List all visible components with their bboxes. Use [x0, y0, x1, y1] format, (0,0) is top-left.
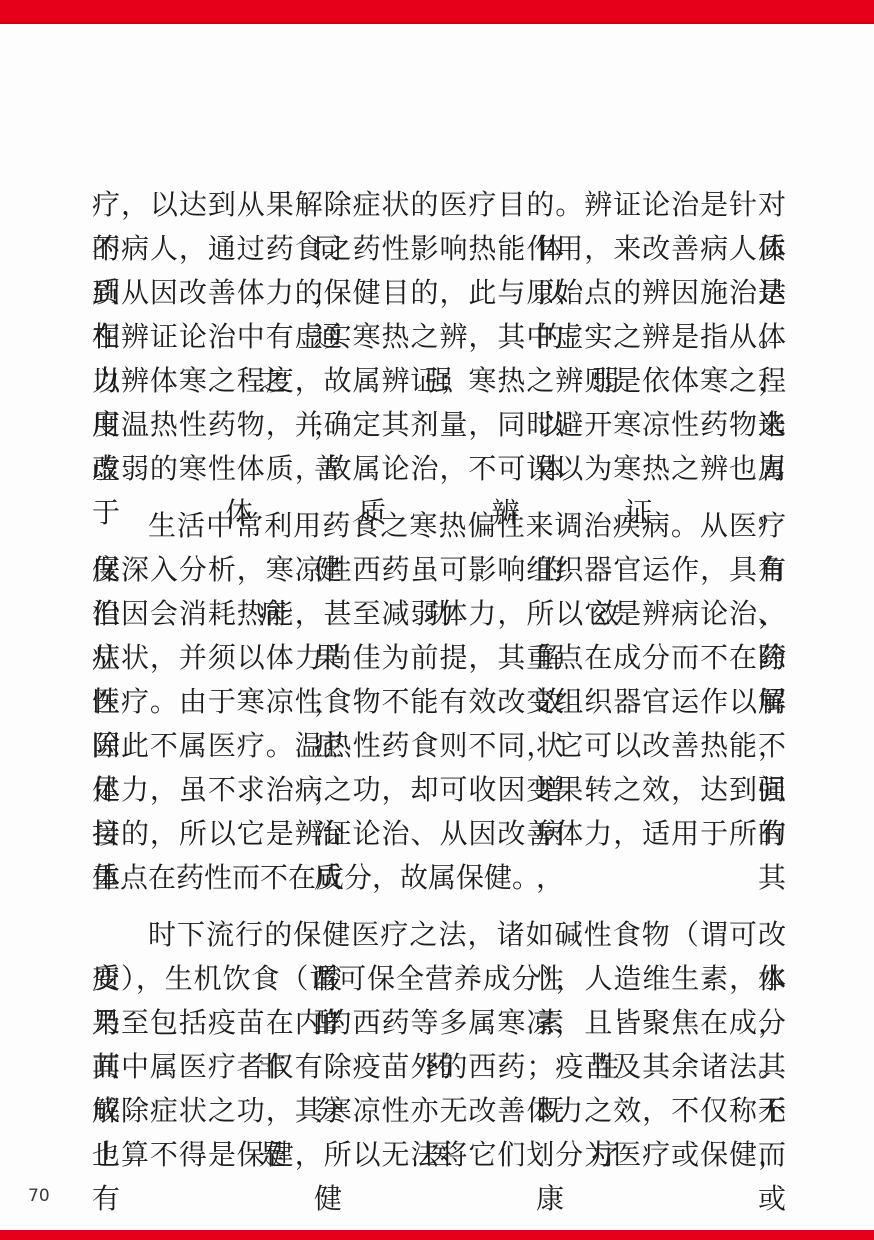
text-line: 症状，并须以体力尚佳为前提，其重点在成分而不在药性，故属	[92, 636, 786, 680]
text-line: 也算不得是保健，所以无法将它们划分为医疗或保健而有健康或	[92, 1133, 786, 1177]
page-body-text: 疗，以达到从果解除症状的医疗目的。辨证论治是针对不同体质的病人，通过药食之药性影…	[92, 183, 786, 1190]
text-line: 度深入分析，寒凉性西药虽可影响组织器官运作，具有治病功效，	[92, 548, 786, 592]
text-line: 疗，以达到从果解除症状的医疗目的。辨证论治是针对不同体质	[92, 183, 786, 227]
page-number: 70	[28, 1186, 50, 1206]
text-line: 医疗。由于寒凉性食物不能有效改变组织器官运作以解除症状，	[92, 680, 786, 724]
text-line: 体力，虽不求治病之功，却可收因变果转之效，达到间接治病的	[92, 768, 786, 812]
bottom-red-bar	[0, 1230, 874, 1240]
text-line: 以辨体寒之程度，故属辨证；寒热之辨则是依体寒之程度，以选	[92, 359, 786, 403]
text-line: 因此不属医疗。温热性药食则不同，它可以改善热能不足，增强	[92, 724, 786, 768]
text-line: 质），生机饮食（谓可保全营养成分），人造维生素，水果酵素，	[92, 957, 786, 1001]
text-line: 的病人，通过药食之药性影响热能作用，来改善病人体质，以达	[92, 227, 786, 271]
text-line: 在辨证论治中有虚实寒热之辨，其中虚实之辨是指从体力之强弱，	[92, 315, 786, 359]
top-red-bar	[0, 0, 874, 24]
text-line: 目的，所以它是辨证论治、从因改善体力，适用于所有体质，其	[92, 812, 786, 856]
text-line: 时下流行的保健医疗之法，诸如碱性食物（谓可改变酸性体	[92, 913, 786, 957]
text-line: 其中属医疗者仅有除疫苗外的西药；疫苗及其余诸法其成分既无	[92, 1045, 786, 1089]
text-line: 乃至包括疫苗在内的西药等多属寒凉，且皆聚焦在成分而非药性。	[92, 1001, 786, 1045]
text-line: 但因会消耗热能，甚至减弱体力，所以它是辨病论治、从果解除	[92, 592, 786, 636]
paragraph: 生活中常利用药食之寒热偏性来调治疾病。从医疗保健的角度深入分析，寒凉性西药虽可影…	[92, 504, 786, 900]
text-line: 到从因改善体力的保健目的，此与原始点的辨因施治是相通的。	[92, 271, 786, 315]
text-line: 虚弱的寒性体质，故属论治，不可误以为寒热之辨也属于体质辨证。	[92, 447, 786, 491]
text-line: 用温热性药物，并确定其剂量，同时避开寒凉性药物来改善体力	[92, 403, 786, 447]
text-line: 解除症状之功，其寒凉性亦无改善体力之效，不仅称不上是医疗，	[92, 1089, 786, 1133]
paragraph: 疗，以达到从果解除症状的医疗目的。辨证论治是针对不同体质的病人，通过药食之药性影…	[92, 183, 786, 491]
text-line: 生活中常利用药食之寒热偏性来调治疾病。从医疗保健的角	[92, 504, 786, 548]
paragraph: 时下流行的保健医疗之法，诸如碱性食物（谓可改变酸性体质），生机饮食（谓可保全营养…	[92, 913, 786, 1177]
